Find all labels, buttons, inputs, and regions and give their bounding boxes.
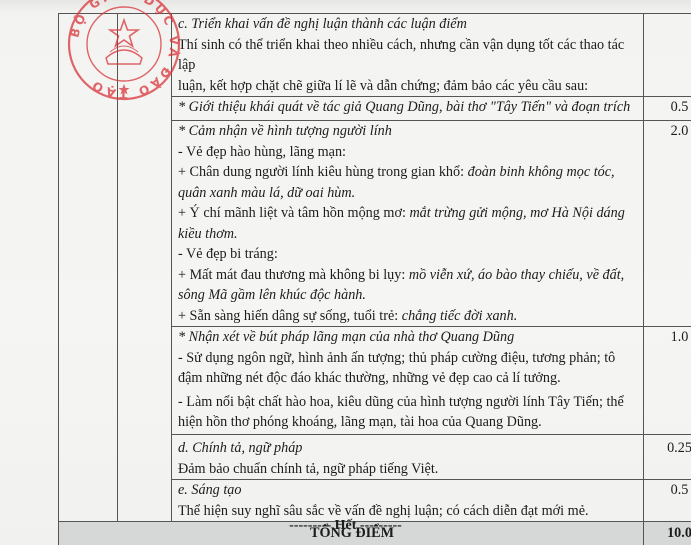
criterion-cell: d. Chính tả, ngữ pháp Đảm bảo chuẩn chín… xyxy=(172,435,644,480)
line-quote: quân xanh màu lá, dữ oai hùm. xyxy=(178,185,355,201)
criterion-heading: * Cảm nhận về hình tượng người lính xyxy=(178,121,639,142)
score-cell: 0.5 xyxy=(644,97,691,121)
criterion-cell: * Cảm nhận về hình tượng người lính - Vẻ… xyxy=(172,121,644,327)
criterion-heading: d. Chính tả, ngữ pháp xyxy=(178,438,639,459)
col-question xyxy=(59,14,118,522)
line-text: - Vẻ đẹp hào hùng, lãng mạn: xyxy=(178,144,346,160)
line-quote: đoàn binh không mọc tóc, xyxy=(468,164,615,180)
end-mark: --------- Hết --------- xyxy=(0,518,691,534)
criterion-line: Đảm bảo chuẩn chính tả, ngữ pháp tiếng V… xyxy=(178,459,639,480)
criterion-line: sông Mã gầm lên khúc độc hành. xyxy=(178,285,639,306)
criterion-heading: c. Triển khai vấn đề nghị luận thành các… xyxy=(178,14,639,35)
criterion-line: đậm những nét độc đáo khác thường, những… xyxy=(178,368,639,389)
line-text: - Vẻ đẹp bi tráng: xyxy=(178,246,278,262)
score-cell: 1.0 xyxy=(644,327,691,435)
line-quote: kiều thơm. xyxy=(178,226,238,242)
score-cell: 0.5 xyxy=(644,480,691,522)
criterion-heading: e. Sáng tạo xyxy=(178,480,639,501)
criterion-line: quân xanh màu lá, dữ oai hùm. xyxy=(178,183,639,204)
line-quote: chẳng tiếc đời xanh. xyxy=(402,308,518,324)
criterion-line: + Ý chí mãnh liệt và tâm hồn mộng mơ: mắ… xyxy=(178,203,639,224)
criterion-line: Thí sinh có thể triển khai theo nhiều cá… xyxy=(178,35,639,76)
criterion-line: kiều thơm. xyxy=(178,224,639,245)
criterion-cell: * Nhận xét về bút pháp lãng mạn của nhà … xyxy=(172,327,644,435)
line-text: + Mất mát đau thương mà không bi lụy: xyxy=(178,267,409,283)
line-quote: mắt trừng gửi mộng, mơ Hà Nội dáng xyxy=(409,205,624,221)
criterion-heading: * Giới thiệu khái quát về tác giả Quang … xyxy=(178,97,639,118)
line-quote: mồ viễn xứ, áo bào thay chiếu, về đất, xyxy=(409,267,624,283)
score-cell: 2.0 xyxy=(644,121,691,327)
criterion-cell: e. Sáng tạo Thể hiện suy nghĩ sâu sắc về… xyxy=(172,480,644,522)
line-quote: sông Mã gầm lên khúc độc hành. xyxy=(178,287,366,303)
criterion-line: - Vẻ đẹp bi tráng: xyxy=(178,244,639,265)
criterion-line: - Sử dụng ngôn ngữ, hình ảnh ấn tượng; t… xyxy=(178,348,639,369)
line-text: + Sẵn sàng hiến dâng sự sống, tuổi trẻ: xyxy=(178,308,402,324)
line-text: + Ý chí mãnh liệt và tâm hồn mộng mơ: xyxy=(178,205,409,221)
criterion-line: - Làm nổi bật chất hào hoa, kiêu dũng củ… xyxy=(178,392,639,413)
line-text: + Chân dung người lính kiêu hùng trong g… xyxy=(178,164,468,180)
criterion-line: - Vẻ đẹp hào hùng, lãng mạn: xyxy=(178,142,639,163)
criterion-heading: * Nhận xét về bút pháp lãng mạn của nhà … xyxy=(178,327,639,348)
criterion-line: + Sẵn sàng hiến dâng sự sống, tuổi trẻ: … xyxy=(178,306,639,327)
score-cell: 0.25 xyxy=(644,435,691,480)
criterion-cell: c. Triển khai vấn đề nghị luận thành các… xyxy=(172,14,644,97)
col-part xyxy=(118,14,172,522)
score-cell xyxy=(644,14,691,97)
criterion-cell: * Giới thiệu khái quát về tác giả Quang … xyxy=(172,97,644,121)
table-row: c. Triển khai vấn đề nghị luận thành các… xyxy=(59,14,691,97)
criterion-line: + Chân dung người lính kiêu hùng trong g… xyxy=(178,162,639,183)
scoring-rubric-table: c. Triển khai vấn đề nghị luận thành các… xyxy=(58,13,691,545)
criterion-line: hiện hồn thơ phóng khoáng, lãng mạn, tài… xyxy=(178,412,639,433)
criterion-line: luận, kết hợp chặt chẽ giữa lí lẽ và dẫn… xyxy=(178,76,639,97)
criterion-line: + Mất mát đau thương mà không bi lụy: mồ… xyxy=(178,265,639,286)
